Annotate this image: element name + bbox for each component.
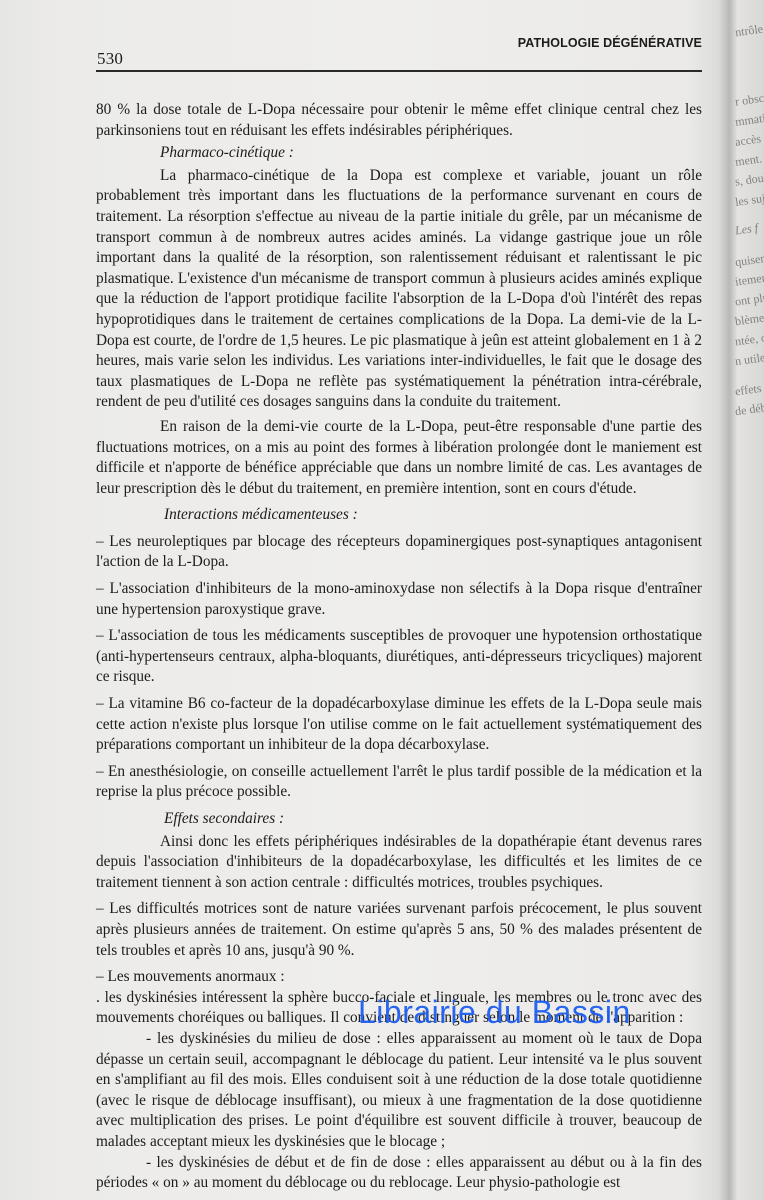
adjacent-page-fragment: Les f	[734, 220, 759, 238]
adjacent-page-fragment: effets «	[734, 380, 764, 400]
adjacent-page-fragment: r obscur	[734, 89, 764, 109]
paragraph-side-effects: Ainsi donc les effets périphériques indé…	[96, 832, 702, 894]
adjacent-page-fragment: accès dy	[734, 129, 764, 150]
page-number: 530	[97, 49, 123, 69]
paragraph-extended-release: En raison de la demi-vie courte de la L-…	[96, 417, 702, 499]
section-heading-interactions: Interactions médicamenteuses :	[96, 505, 702, 526]
adjacent-page-fragment: ment. La	[734, 149, 764, 170]
interaction-item: – L'association d'inhibiteurs de la mono…	[96, 579, 702, 620]
adjacent-page-fragment: quisemen	[734, 249, 764, 270]
adjacent-page-fragment: ntrôle de l	[734, 19, 764, 41]
interaction-item: – L'association de tous les médicaments …	[96, 626, 702, 688]
adjacent-page-fragment: blèmes	[734, 310, 764, 330]
adjacent-page-edge: ntrôle de l r obscur mmation accès dy me…	[733, 0, 764, 1200]
paragraph-onset-end-dose-dyskinesias: - les dyskinésies de début et de fin de …	[96, 1153, 702, 1194]
chapter-title: PATHOLOGIE DÉGÉNÉRATIVE	[518, 36, 702, 50]
adjacent-page-fragment: itement.	[734, 269, 764, 289]
adjacent-page-fragment: ntée, co	[734, 329, 764, 349]
adjacent-page-fragment: mmation	[734, 109, 764, 130]
adjacent-page-fragment: de débl	[734, 400, 764, 420]
interaction-item: – En anesthésiologie, on conseille actue…	[96, 762, 702, 803]
paragraph-motor-difficulties: – Les difficultés motrices sont de natur…	[96, 899, 702, 961]
paragraph-mid-dose-dyskinesias: - les dyskinésies du milieu de dose : el…	[96, 1029, 702, 1153]
adjacent-page-fragment: n utile.	[734, 350, 764, 369]
interaction-item: – Les neuroleptiques par blocage des réc…	[96, 532, 702, 573]
section-heading-side-effects: Effets secondaires :	[96, 809, 702, 830]
paragraph-intro: 80 % la dose totale de L-Dopa nécessaire…	[96, 100, 702, 141]
running-header: 530 PATHOLOGIE DÉGÉNÉRATIVE	[96, 30, 702, 72]
watermark: Librairie du Bassin	[358, 994, 631, 1031]
paragraph-abnormal-movements-heading: – Les mouvements anormaux :	[96, 967, 702, 988]
paragraph-pharmacokinetics: La pharmaco-cinétique de la Dopa est com…	[96, 166, 702, 413]
adjacent-page-fragment: les sujets	[734, 189, 764, 210]
interaction-item: – La vitamine B6 co-facteur de la dopadé…	[96, 694, 702, 756]
section-heading-pharmacokinetics: Pharmaco-cinétique :	[96, 143, 702, 164]
adjacent-page-fragment: ont plus	[734, 289, 764, 309]
adjacent-page-fragment: s, doulo	[734, 169, 764, 189]
